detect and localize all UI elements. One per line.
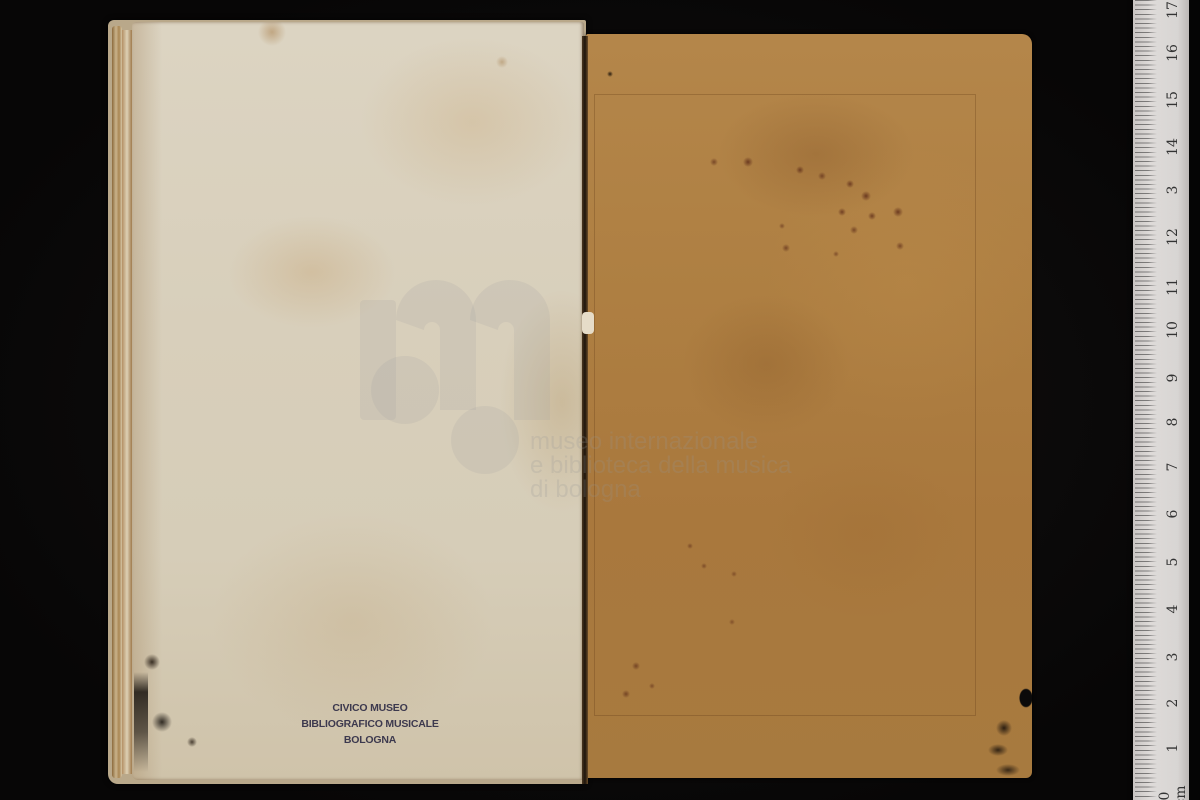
ruler-mark: 3 (1165, 645, 1181, 669)
ruler-mark: 2 (1165, 691, 1181, 715)
measuring-ruler: 0 cm 1 2 3 4 5 6 7 8 9 10 11 12 3 14 15 … (1133, 0, 1189, 800)
corner-damage (988, 678, 1032, 778)
ruler-mark: 14 (1165, 135, 1181, 159)
right-board-page (586, 34, 1032, 778)
ruler-ticks (1135, 0, 1157, 800)
ruler-mark: 1 (1165, 736, 1181, 760)
page-edge (112, 26, 122, 778)
ruler-mark: 12 (1165, 225, 1181, 249)
stamp-line-3: BOLOGNA (282, 732, 458, 748)
foxing-stains (586, 34, 1032, 778)
ruler-mark: 5 (1165, 550, 1181, 574)
ruler-mark: 11 (1165, 275, 1181, 299)
foxing-stains (132, 22, 584, 780)
page-edge (122, 30, 132, 774)
ruler-mark: 16 (1165, 41, 1181, 65)
ruler-mark: 10 (1165, 318, 1181, 342)
left-flyleaf-page (132, 22, 584, 780)
ruler-mark: 17 (1165, 0, 1181, 22)
library-stamp: CIVICO MUSEO BIBLIOGRAFICO MUSICALE BOLO… (282, 700, 458, 748)
ruler-mark: 3 (1165, 178, 1181, 202)
paper-tab (582, 312, 594, 334)
ruler-mark: 4 (1165, 597, 1181, 621)
stamp-line-2: BIBLIOGRAFICO MUSICALE (282, 716, 458, 732)
ruler-edge-shadow (1189, 0, 1200, 800)
book-gutter (582, 36, 588, 784)
ruler-mark: 15 (1165, 88, 1181, 112)
ruler-mark: 6 (1165, 502, 1181, 526)
ruler-mark: 9 (1165, 366, 1181, 390)
ruler-mark: 8 (1165, 410, 1181, 434)
ruler-mark: 7 (1165, 455, 1181, 479)
ruler-mark: 0 cm (1157, 784, 1189, 800)
stamp-line-1: CIVICO MUSEO (282, 700, 458, 716)
edge-damage (134, 672, 148, 772)
